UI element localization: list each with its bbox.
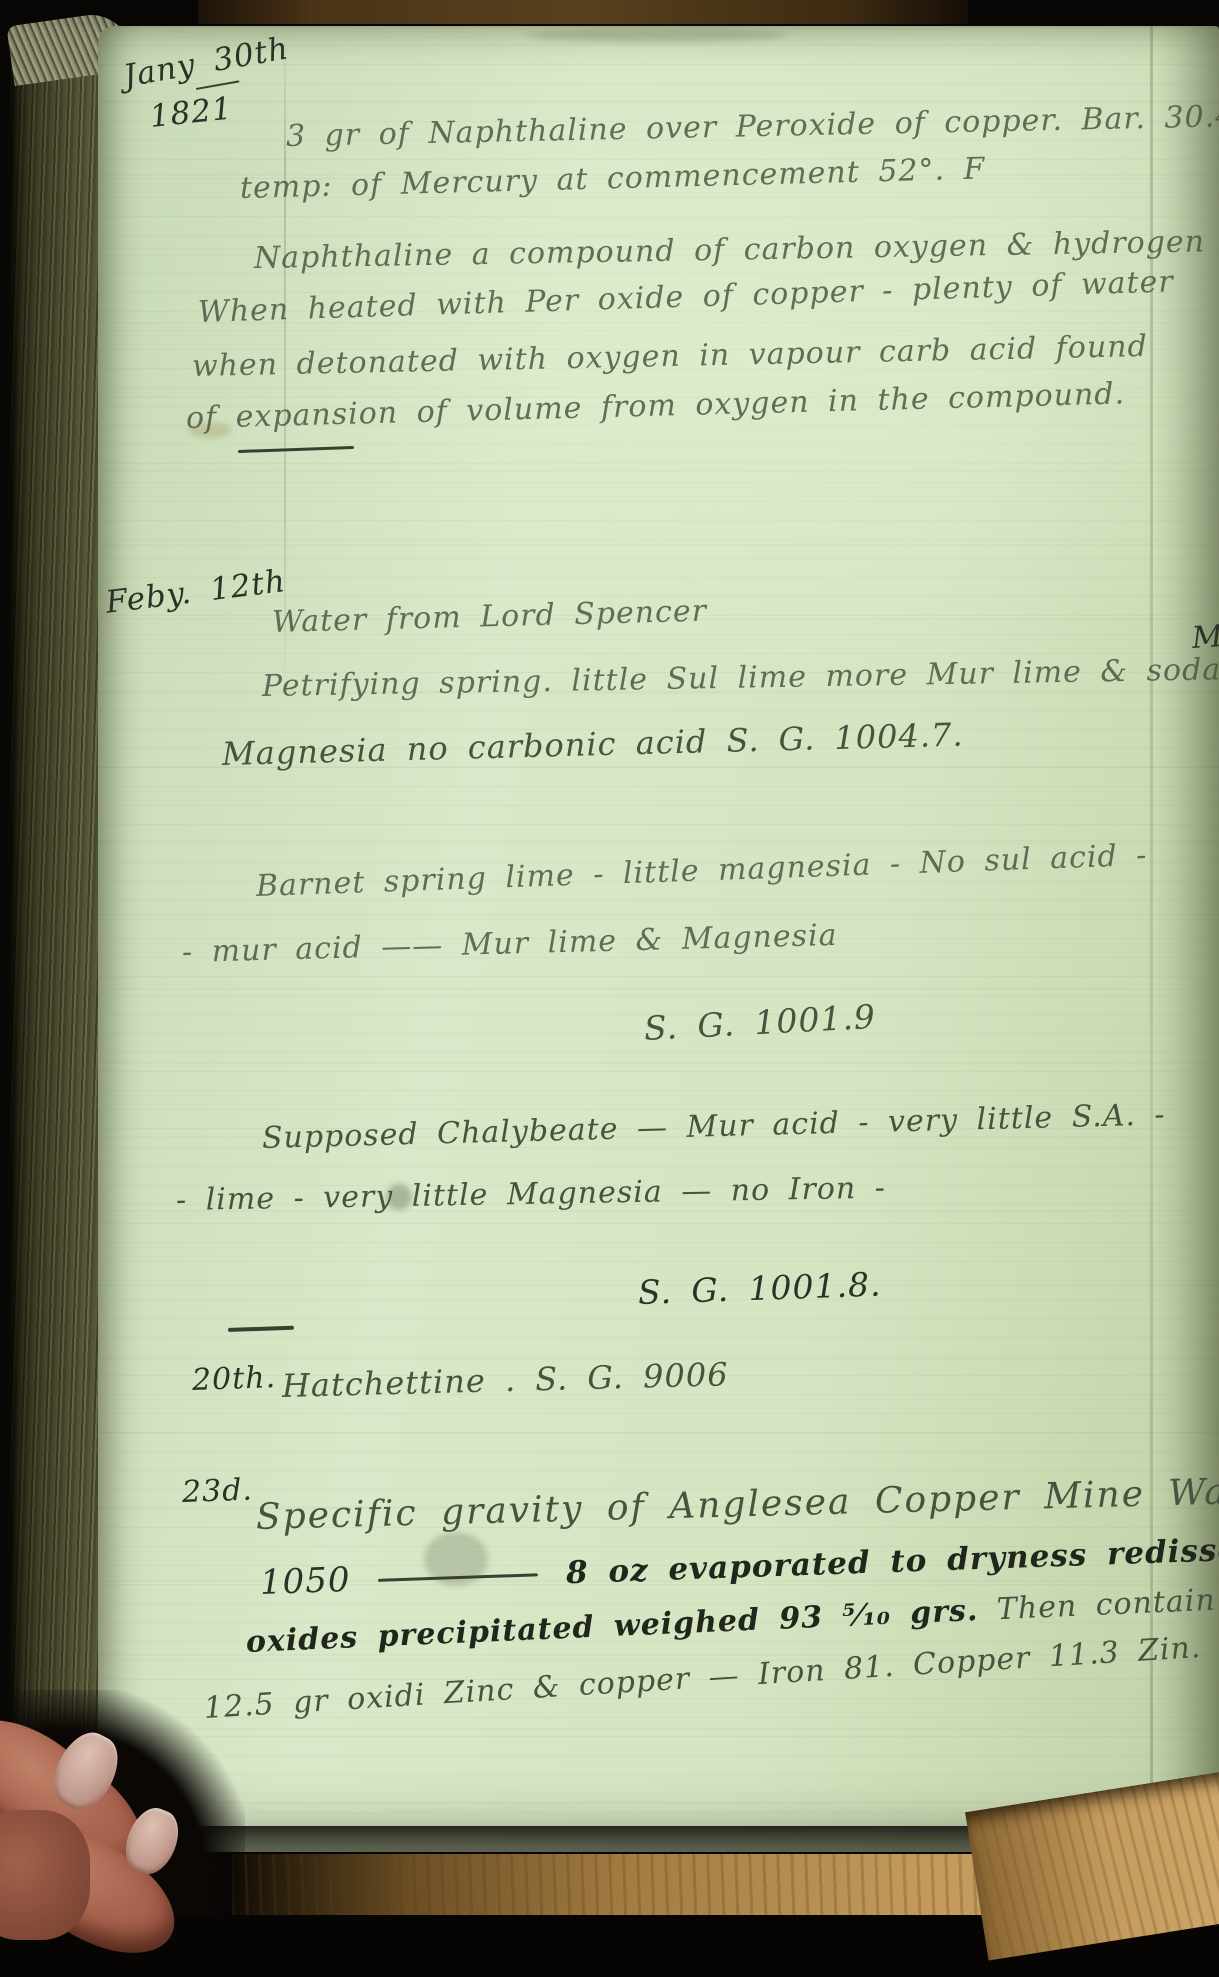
handwriting-line: temp: of Mercury at commencement 52°. F [240, 154, 986, 204]
specific-gravity-value: S. G. 1001.8. [637, 1268, 882, 1309]
handwriting-line: Barnet spring lime - little magnesia - N… [255, 841, 1147, 902]
entry-date: 23d. [181, 1476, 253, 1508]
notebook-page: Jany 30th 1821 3 gr of Naphthaline over … [98, 26, 1219, 1852]
date-underline-stroke [196, 80, 240, 90]
handwriting-line: Specific gravity of Anglesea Copper Mine… [256, 1473, 1219, 1536]
handwriting-line: Magnesia no carbonic acid S. G. 1004.7. [222, 719, 964, 770]
entry-date: 20th. [191, 1363, 276, 1396]
entry-date: Jany 30th [121, 33, 291, 93]
handwriting-segment: 8 oz evaporated to dryness redissolved a… [565, 1526, 1219, 1591]
entry-year: 1821 [148, 93, 234, 132]
handwriting-line: - lime - very little Magnesia — no Iron … [176, 1174, 886, 1216]
handwriting-line: of expansion of volume from oxygen in th… [186, 379, 1126, 434]
handwriting-line: 3 gr of Naphthaline over Peroxide of cop… [286, 102, 1219, 152]
handwriting-line: Petrifying spring. little Sul lime more … [262, 654, 1219, 702]
handwriting-line: Supposed Chalybeate — Mur acid - very li… [262, 1100, 1166, 1154]
handwriting-line: Hatchettine . S. G. 9006 [282, 1358, 729, 1402]
entry-date: Feby. 12th [104, 566, 287, 619]
handwriting-line: When heated with Per oxide of copper - p… [198, 267, 1175, 328]
margin-note: M [1191, 622, 1219, 654]
palm [0, 1810, 90, 1915]
specific-gravity-value: S. G. 1001.9 [643, 1000, 876, 1045]
page-curl-shadow [1155, 26, 1219, 1852]
handwriting-line: when detonated with oxygen in vapour car… [192, 332, 1148, 382]
ink-stroke [378, 1573, 538, 1582]
photograph-of-notebook: Jany 30th 1821 3 gr of Naphthaline over … [0, 0, 1219, 1915]
hand-holding-page [0, 1690, 260, 1915]
paper-stain [528, 28, 788, 42]
book-fore-edge-pages [8, 26, 108, 1856]
wooden-shelf-top [198, 0, 968, 24]
ink-divider [238, 446, 354, 453]
sg-value: 1050 [259, 1560, 351, 1603]
handwriting-line: - mur acid —— Mur lime & Magnesia [182, 921, 838, 968]
handwriting-line: Water from Lord Spencer [272, 597, 708, 638]
ink-divider [228, 1326, 294, 1332]
